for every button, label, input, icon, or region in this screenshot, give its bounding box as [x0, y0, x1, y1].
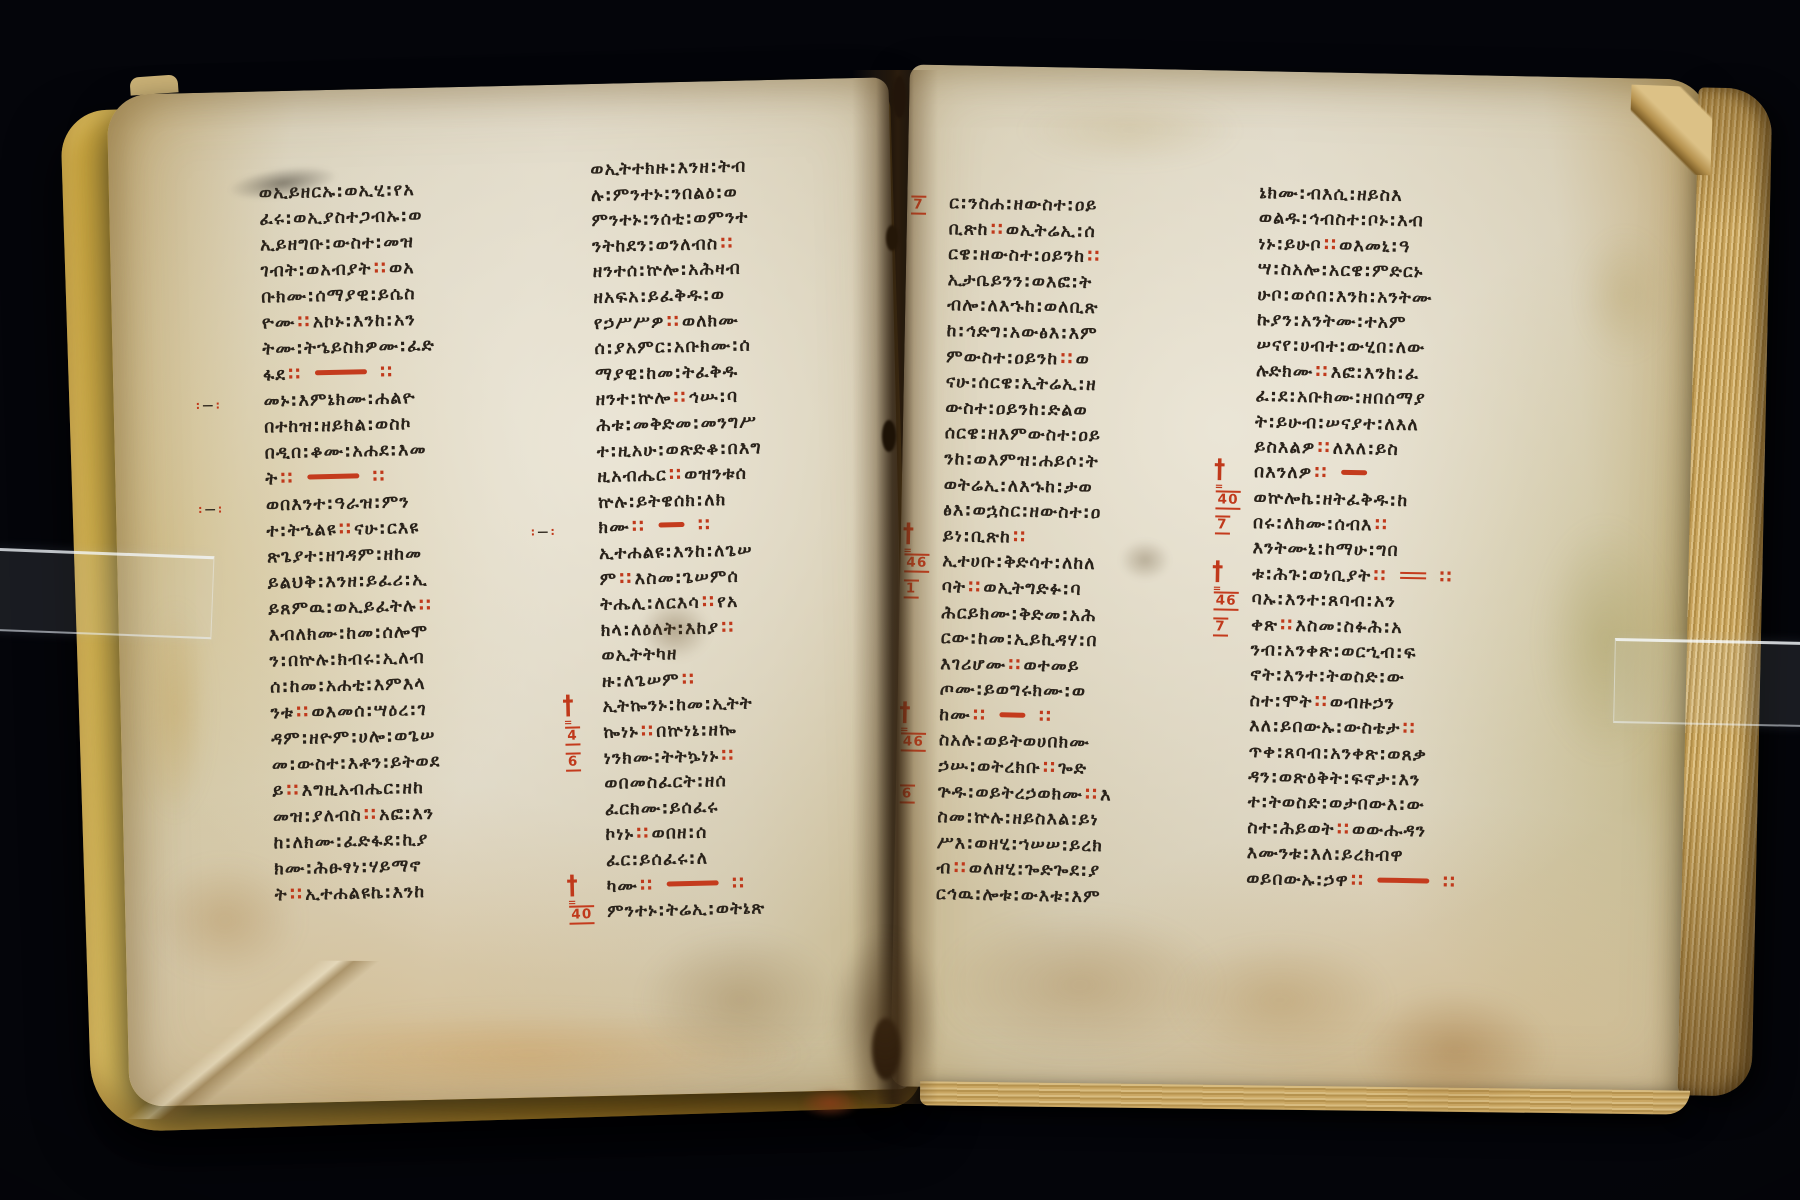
text-segment: †: [1214, 457, 1227, 484]
text-segment: †: [562, 694, 575, 721]
text-segment: ክሙ:ሕፁፃነ:ሃይማኖ: [274, 856, 422, 879]
text-segment: ሰርዌ:ዘእምውስተ:ዐይ: [945, 423, 1102, 446]
text-segment: ወኢትሬኢ:ሰ: [1006, 220, 1096, 242]
margin-mark-cross: †=: [562, 696, 575, 729]
text-segment: ወ: [1076, 349, 1091, 369]
section-mark: ∷: [418, 596, 432, 616]
text-segment: ወብዙኃን: [1330, 692, 1395, 713]
text-segment: ይ: [272, 781, 284, 801]
section-mark: ∷: [373, 259, 387, 279]
margin-mark-num: 7: [1213, 617, 1228, 636]
text-segment: ርኅዉ:ሎቱ:ውእቱ:እም: [936, 884, 1101, 907]
text-segment: ኰነኑ: [603, 722, 639, 743]
text-segment: ጽጌያተ:ዘገዳም:ዘከመ: [267, 544, 422, 568]
text-segment: ወአ: [389, 258, 415, 279]
text-segment: እብለክሙ:ከመ:ሰሎሞ: [269, 622, 429, 646]
text-segment: —: [205, 504, 217, 515]
text-segment: ርው:ከመ:ኢይኪዳሃ:በ: [941, 628, 1098, 651]
text-segment: ይጸምዉ:ወኢይፈትሉ: [268, 596, 417, 619]
text-segment: ወበእንተ:ዓራዝ:ምን: [266, 492, 410, 515]
text-segment: ወኢይዘርኡ:ወኢሂ:የአ: [259, 180, 415, 204]
text-segment: ወውሑዳን: [1352, 820, 1426, 841]
red-separator-bar: [667, 880, 719, 886]
text-segment: ት: [265, 469, 278, 489]
section-mark: ∷: [953, 859, 967, 879]
section-mark: ∷: [1439, 568, 1453, 588]
section-mark: ∷: [666, 312, 680, 332]
section-mark: ∷: [973, 706, 987, 726]
margin-mark-pdash: :—:: [198, 503, 224, 515]
text-segment: ዮሙ: [262, 313, 296, 334]
text-segment: በዲበ:ቆሙ:አሐደ:እመ: [265, 440, 427, 464]
text-segment: ወእመሰ:ሣዕረ:ገ: [311, 700, 427, 723]
text-segment: ወኵሎኬ:ዘትፈቅዱ:ከ: [1253, 488, 1408, 511]
text-segment: እስመ:ስፉሕ:አ: [1295, 616, 1403, 638]
section-mark: ∷: [1402, 719, 1416, 739]
text-segment: :: [531, 527, 537, 538]
text-segment: :: [198, 504, 204, 515]
section-mark: ∷: [280, 469, 294, 489]
section-mark: ∷: [1087, 247, 1101, 267]
section-mark: ∷: [364, 805, 378, 825]
text-segment: ጕዱ:ወይትረኃወክሙ: [938, 782, 1083, 805]
text-segment: ቀጽ: [1251, 615, 1278, 636]
text-segment: ዘአፍአ:ይፈቅዱ:ወ: [593, 285, 725, 308]
section-mark: ∷: [1085, 785, 1099, 805]
text-segment: እፎ:እንከ:ፈ: [1331, 362, 1420, 384]
section-mark: ∷: [669, 465, 683, 485]
text-segment: ፈር:ይሰፈሩ:ለ: [606, 849, 708, 871]
text-segment: ምንተኑ:ትሬኢ:ወትኔጽ: [607, 898, 765, 922]
gutter-knot: [893, 76, 906, 118]
section-mark: ∷: [1314, 464, 1328, 484]
text-segment: ካሙ: [606, 876, 638, 897]
section-mark: ∷: [632, 517, 646, 537]
section-mark: ∷: [296, 703, 310, 723]
text-segment: ኮነኑ: [605, 825, 634, 846]
text-segment: ሥእ:ወዘሂ:ኀሠሠ:ይረክ: [937, 833, 1103, 856]
text-segment: ፋደ: [263, 365, 287, 386]
text-segment: ክሙ: [598, 518, 630, 539]
text-segment: ከ:ለክሙ:ፈድፋደ:ኪያ: [273, 830, 428, 854]
text-segment: የአ: [717, 592, 739, 612]
text-segment: ወዝንቱሰ: [684, 464, 747, 485]
margin-mark-cross: †=: [1214, 460, 1227, 493]
text-segment: :: [218, 503, 224, 514]
text-segment: በእንለዎ: [1254, 462, 1313, 483]
text-segment: ንቱ: [270, 703, 294, 724]
text-segment: ዚአብሔር: [597, 466, 667, 488]
text-segment: መ:ውስተ:እቶን:ይትወደ: [272, 752, 441, 776]
text-segment: ዘንተ:ኵሎ: [595, 389, 671, 411]
text-segment: በኵነኔ:ዘኰ: [656, 720, 737, 742]
text-segment: ቱ:ሕጉ:ወነቢያት: [1252, 564, 1372, 586]
section-mark: ∷: [288, 365, 302, 385]
red-separator-bar: [1377, 877, 1429, 883]
text-segment: ቢጽከ: [949, 219, 989, 240]
text-segment: ሠናየ:ሀብተ:ውሂበ:ለው: [1256, 335, 1425, 358]
section-mark: ∷: [1314, 692, 1328, 712]
text-segment: ባት: [942, 577, 967, 597]
text-segment: ተ:ትኄልዩ: [266, 520, 337, 542]
text-segment: ኃሡ:ወትረክቡ: [938, 756, 1041, 778]
text-segment: ንከ:ወእምዝ:ሐይሶ:ት: [944, 449, 1099, 472]
section-mark: ∷: [1375, 516, 1389, 536]
text-segment: ኢታቤይንን:ወእፎ:ት: [948, 270, 1093, 293]
text-segment: ነኑ:ይሁቦ: [1258, 234, 1322, 255]
text-segment: ተ:ዚአሁ:ወጽድቆ:በእግ: [597, 438, 762, 462]
text-segment: በሩ:ለክሙ:ሰብእ: [1253, 513, 1373, 535]
gutter-knot: [872, 1018, 900, 1080]
text-segment: ትሙ:ትኄይስክዎሙ:ፈድ: [262, 336, 435, 360]
red-separator-bar: [315, 369, 367, 375]
text-segment: ናሁ:ርእዩ: [354, 518, 420, 539]
section-mark: ∷: [673, 388, 687, 408]
text-segment: ንብ:አንቀጽ:ወርኂብ:ፍ: [1251, 640, 1417, 663]
text-segment: መዝ:ያለብስ: [273, 805, 362, 827]
text-segment: ፅእ:ወኋስር:ዘውስተ:ዐ: [943, 500, 1102, 523]
margin-mark-pdash: :—:: [531, 526, 557, 538]
text-segment: ውስተ:ዐይንከ:ድልወ: [945, 398, 1088, 421]
text-segment: ይነ:ቢጽከ: [943, 526, 1012, 547]
section-mark: ∷: [339, 520, 353, 540]
text-segment: ኢተሐልዩኬ:እንከ: [305, 882, 426, 905]
text-segment: ን:በኵሉ:ክብሩ:ኢለብ: [269, 648, 425, 672]
text-segment: አኮኑ:እንከ:አን: [313, 310, 416, 332]
text-segment: ስአሉ:ወይትወሀበክሙ: [939, 731, 1090, 754]
text-line: ወይበውኡ:ኃዋ∷ ∷: [1246, 869, 1556, 900]
red-separator-bar: [1341, 470, 1367, 475]
text-column-right-1: ር:ንስሐ:ዘውስተ:ዐይ7ቢጽከ∷ወኢትሬኢ:ሰርዌ:ዘውስተ:ዐይንከ∷ኢታ…: [936, 193, 1215, 915]
text-segment: ነንክሙ:ትትኴነኑ: [604, 746, 720, 769]
text-segment: ባኡ:እንተ:ጸባብ:አን: [1251, 589, 1396, 612]
margin-mark-num: 40: [569, 905, 595, 925]
section-mark: ∷: [1351, 871, 1365, 891]
plexiglass-strip-left: [0, 548, 215, 639]
text-segment: ዘንተሰ:ኵሎ:አሕዛብ: [593, 259, 742, 282]
text-segment: ከ:ኅድግ:አውፅእ:እም: [947, 321, 1098, 344]
section-mark: ∷: [1336, 820, 1350, 840]
text-segment: እለ:ይበውኡ:ውስቴታ: [1249, 716, 1401, 739]
text-segment: ጦሙ:ይወግሩክሙ:ወ: [940, 679, 1087, 702]
text-segment: ሕቱ:መቅድመ:መንግሥ: [596, 412, 757, 436]
red-separator-bar: [307, 473, 359, 479]
text-segment: ወተመይ: [1023, 655, 1080, 676]
section-mark: ∷: [721, 746, 735, 766]
text-segment: —: [537, 526, 549, 537]
manuscript-page-left: ወኢይዘርኡ:ወኢሂ:የአፈሩ:ወኢያስተጋብኡ:ወኢይዘግቡ:ውስተ:መዝገብ…: [107, 77, 912, 1106]
section-mark: ∷: [380, 363, 394, 383]
text-segment: :: [196, 400, 202, 411]
text-segment: ምንተኑ:ንሰቲ:ወምንተ: [591, 208, 748, 232]
section-mark: ∷: [720, 234, 734, 254]
text-segment: ኵሉ:ይትዌሰክ:ለክ: [598, 490, 727, 513]
section-mark: ∷: [641, 722, 655, 742]
margin-mark-num: 46: [1213, 592, 1239, 611]
margin-mark-num: 7: [1215, 515, 1230, 534]
text-segment: ኢተሀቡ:ቅድሳተ:ለከለ: [942, 551, 1096, 574]
section-mark: ∷: [1060, 349, 1074, 369]
text-segment: ቡክሙ:ሰማያዊ:ይሴስ: [261, 284, 416, 307]
corner-crease-bottom-left: [87, 959, 408, 1122]
plexiglass-strip-right: [1613, 638, 1800, 727]
text-segment: ሰ:ያአምር:አቡክሙ:ሰ: [594, 336, 751, 360]
text-segment: ወበመስፈርት:ዘሰ: [604, 771, 727, 794]
text-segment: ወእመኒ:ዓ: [1339, 235, 1411, 256]
text-segment: :: [215, 399, 221, 410]
text-segment: ትሔሊ:ለርእሳ: [600, 593, 700, 615]
section-mark: ∷: [1443, 872, 1457, 892]
section-mark: ∷: [721, 618, 735, 638]
section-mark: ∷: [1317, 438, 1331, 458]
section-mark: ∷: [1324, 235, 1338, 255]
text-segment: ኖት:እንተ:ትወስድ:ው: [1250, 665, 1405, 688]
text-segment: መኑ:እምኔክሙ:ሐልዮ: [263, 388, 416, 411]
text-segment: ኢይዘግቡ:ውስተ:መዝ: [260, 232, 414, 255]
text-segment: ወለክሙ: [682, 310, 739, 331]
section-mark: ∷: [968, 578, 982, 598]
page-edge-tab: [129, 74, 178, 95]
text-segment: ወኢትግድፉ:ባ: [983, 578, 1082, 600]
margin-mark-cross: †=: [1212, 561, 1225, 594]
text-segment: ፈሩ:ወኢያስተጋብኡ:ወ: [259, 206, 423, 230]
text-segment: ሁቦ:ወሶበ:እንከ:አንትሙ: [1257, 285, 1432, 308]
text-segment: እግዚአብሔር:ዘከ: [302, 778, 425, 801]
text-segment: ርዌ:ዘውስተ:ዐይንከ: [948, 244, 1085, 267]
text-segment: †: [1212, 559, 1225, 586]
corner-fold-top-right: [1628, 85, 1713, 176]
text-segment: ምውስተ:ዐይንከ: [946, 347, 1058, 369]
text-segment: እስመ:ጌሠምሰ: [634, 566, 739, 588]
gutter-shadow: [852, 70, 938, 1104]
text-segment: እሙንቱ:እለ:ይረክብዋ: [1247, 843, 1404, 866]
text-segment: ለእለ:ይስ: [1333, 439, 1399, 460]
text-segment: —: [202, 400, 214, 411]
text-segment: ናሁ:ሰርዌ:ኢትሬኢ:ዘ: [946, 372, 1097, 395]
section-mark: ∷: [640, 875, 654, 895]
text-segment: ተ:ትወስድ:ወታበውእ:ው: [1248, 792, 1425, 815]
text-segment: ወኢትተክዙ:እንዘ:ትብ: [590, 157, 746, 181]
text-segment: ኅሡ:ባ: [689, 387, 739, 408]
text-segment: እንትሙኒ:ከማሁ:ግበ: [1252, 539, 1399, 562]
text-segment: ር:ንስሐ:ዘውስተ:ዐይ: [949, 193, 1098, 216]
text-segment: ስተ:ሞት: [1250, 691, 1313, 712]
text-segment: ብሎ:ለእኁከ:ወለቢጽ: [947, 296, 1099, 319]
text-line: ርኅዉ:ሎቱ:ውእቱ:እም: [936, 884, 1201, 915]
section-mark: ∷: [732, 873, 746, 893]
text-segment: ይልህቅ:እንዘ:ይፈሪ:ኢ: [268, 570, 429, 594]
text-segment: ወትሬኢ:ለእኁከ:ታወ: [944, 475, 1093, 498]
text-segment: ኢተሐልዩ:እንከ:ለጌሠ: [599, 540, 753, 563]
text-segment: ከሙ: [939, 705, 971, 726]
section-mark: ∷: [1280, 615, 1294, 635]
text-segment: እገሪሆሙ: [940, 654, 1006, 675]
text-segment: ክላ:ለዕለት:እከያ: [601, 618, 720, 641]
red-separator-bar: [1400, 572, 1426, 579]
text-segment: ሉ:ምንተኑ:ንበልዕ:ወ: [591, 182, 738, 205]
text-segment: ዳም:ዘዮም:ሀሎ:ወጌሠ: [271, 726, 436, 750]
text-segment: ወይበውኡ:ኃዋ: [1246, 869, 1349, 891]
margin-mark-pdash: :—:: [196, 399, 222, 411]
section-mark: ∷: [636, 824, 650, 844]
text-segment: ት:ይሁብ:ሠናያተ:ለእለ: [1255, 412, 1419, 435]
manuscript-page-right: ር:ንስሐ:ዘውስተ:ዐይ7ቢጽከ∷ወኢትሬኢ:ሰርዌ:ዘውስተ:ዐይንከ∷ኢታ…: [890, 64, 1709, 1101]
text-segment: †: [566, 873, 579, 900]
text-segment: ኩያን:አንትሙ:ተአም: [1257, 310, 1407, 333]
text-segment: ፈርክሙ:ይሰፈሩ: [605, 797, 719, 820]
text-segment: እ: [1100, 785, 1112, 805]
text-segment: ማያዊ:ከመ:ትፈቅዱ: [595, 361, 739, 384]
section-mark: ∷: [619, 569, 633, 589]
text-segment: ሉድክሙ: [1256, 361, 1314, 382]
section-mark: ∷: [990, 220, 1004, 240]
gutter-knot: [886, 225, 898, 251]
text-segment: ስተ:ሕይወት: [1247, 818, 1335, 840]
margin-mark-num: 40: [1215, 490, 1241, 509]
text-segment: ኔክሙ:ብእሲ:ዘይስእ: [1259, 183, 1403, 206]
margin-mark-cross: †=: [566, 875, 579, 908]
text-column-left-1: ወኢይዘርኡ:ወኢሂ:የአፈሩ:ወኢያስተጋብኡ:ወኢይዘግቡ:ውስተ:መዝገብ…: [259, 176, 590, 911]
section-mark: ∷: [1373, 566, 1387, 586]
red-separator-bar: [999, 712, 1025, 717]
section-mark: ∷: [1039, 707, 1053, 727]
gutter-knot: [882, 420, 896, 452]
text-segment: ወልዱ:ኅብስተ:ቦኑ:እብ: [1259, 209, 1424, 232]
text-segment: ት: [275, 885, 288, 905]
section-mark: ∷: [697, 516, 711, 536]
text-segment: :: [550, 526, 556, 537]
text-segment: ይስእልዎ: [1254, 437, 1315, 458]
text-segment: ወለዘሂ:ጐድጐደ:ያ: [969, 859, 1101, 882]
photo-stage: ወኢይዘርኡ:ወኢሂ:የአፈሩ:ወኢያስተጋብኡ:ወኢይዘግቡ:ውስተ:መዝገብ…: [0, 0, 1800, 1200]
section-mark: ∷: [1043, 758, 1057, 778]
text-column-right-2: ኔክሙ:ብእሲ:ዘይስእወልዱ:ኅብስተ:ቦኑ:እብነኑ:ይሁቦ∷ወእመኒ:ዓሣ…: [1246, 183, 1570, 900]
text-segment: ወኢትትካዘ: [601, 644, 678, 666]
text-segment: ገብት:ወአብያት: [260, 259, 371, 282]
text-segment: ወበዘ:ሰ: [651, 823, 707, 844]
text-segment: ሰ:ከመ:አሐቲ:እምእላ: [270, 674, 426, 698]
section-mark: ∷: [1013, 527, 1027, 547]
section-mark: ∷: [286, 781, 300, 801]
section-mark: ∷: [1008, 655, 1022, 675]
text-segment: ም: [600, 569, 618, 589]
text-segment: ሣ:ስአሎ:አርዌ:ምድርኑ: [1258, 259, 1424, 282]
section-mark: ∷: [297, 312, 311, 332]
red-separator-bar: [658, 522, 684, 528]
section-mark: ∷: [682, 670, 696, 690]
text-segment: ሕርይክሙ:ቅድመ:አሕ: [941, 603, 1097, 626]
text-segment: የኃሥሥዎ: [594, 312, 665, 334]
text-segment: ፈ:ደ:አቡክሙ:ዘበሰማያ: [1255, 386, 1426, 409]
text-segment: ዳን:ወጽዕቅት:ፍኖታ:እን: [1248, 767, 1421, 790]
text-segment: አፎ:እን: [379, 804, 435, 825]
margin-mark-num: 6: [566, 752, 581, 771]
text-segment: ዙ:ለጌሠም: [602, 670, 680, 692]
text-segment: ብ: [936, 859, 951, 879]
text-segment: ጥቀ:ጸባብ:አንቀጽ:ወጸቃ: [1249, 742, 1428, 765]
section-mark: ∷: [372, 467, 386, 487]
text-segment: በተከዝ:ዘይክል:ወስኮ: [264, 414, 412, 437]
text-segment: ጐድ: [1058, 758, 1087, 779]
margin-mark-num: 4: [565, 726, 580, 745]
section-mark: ∷: [290, 885, 304, 905]
section-mark: ∷: [702, 592, 716, 612]
text-segment: ኢትኰንኑ:ከመ:ኢትት: [602, 694, 753, 717]
text-segment: ስመ:ኵሉ:ዘይስእል:ይነ: [937, 807, 1099, 830]
section-mark: ∷: [1315, 362, 1329, 382]
text-segment: ንትከደን:ወንለብስ: [592, 234, 719, 257]
